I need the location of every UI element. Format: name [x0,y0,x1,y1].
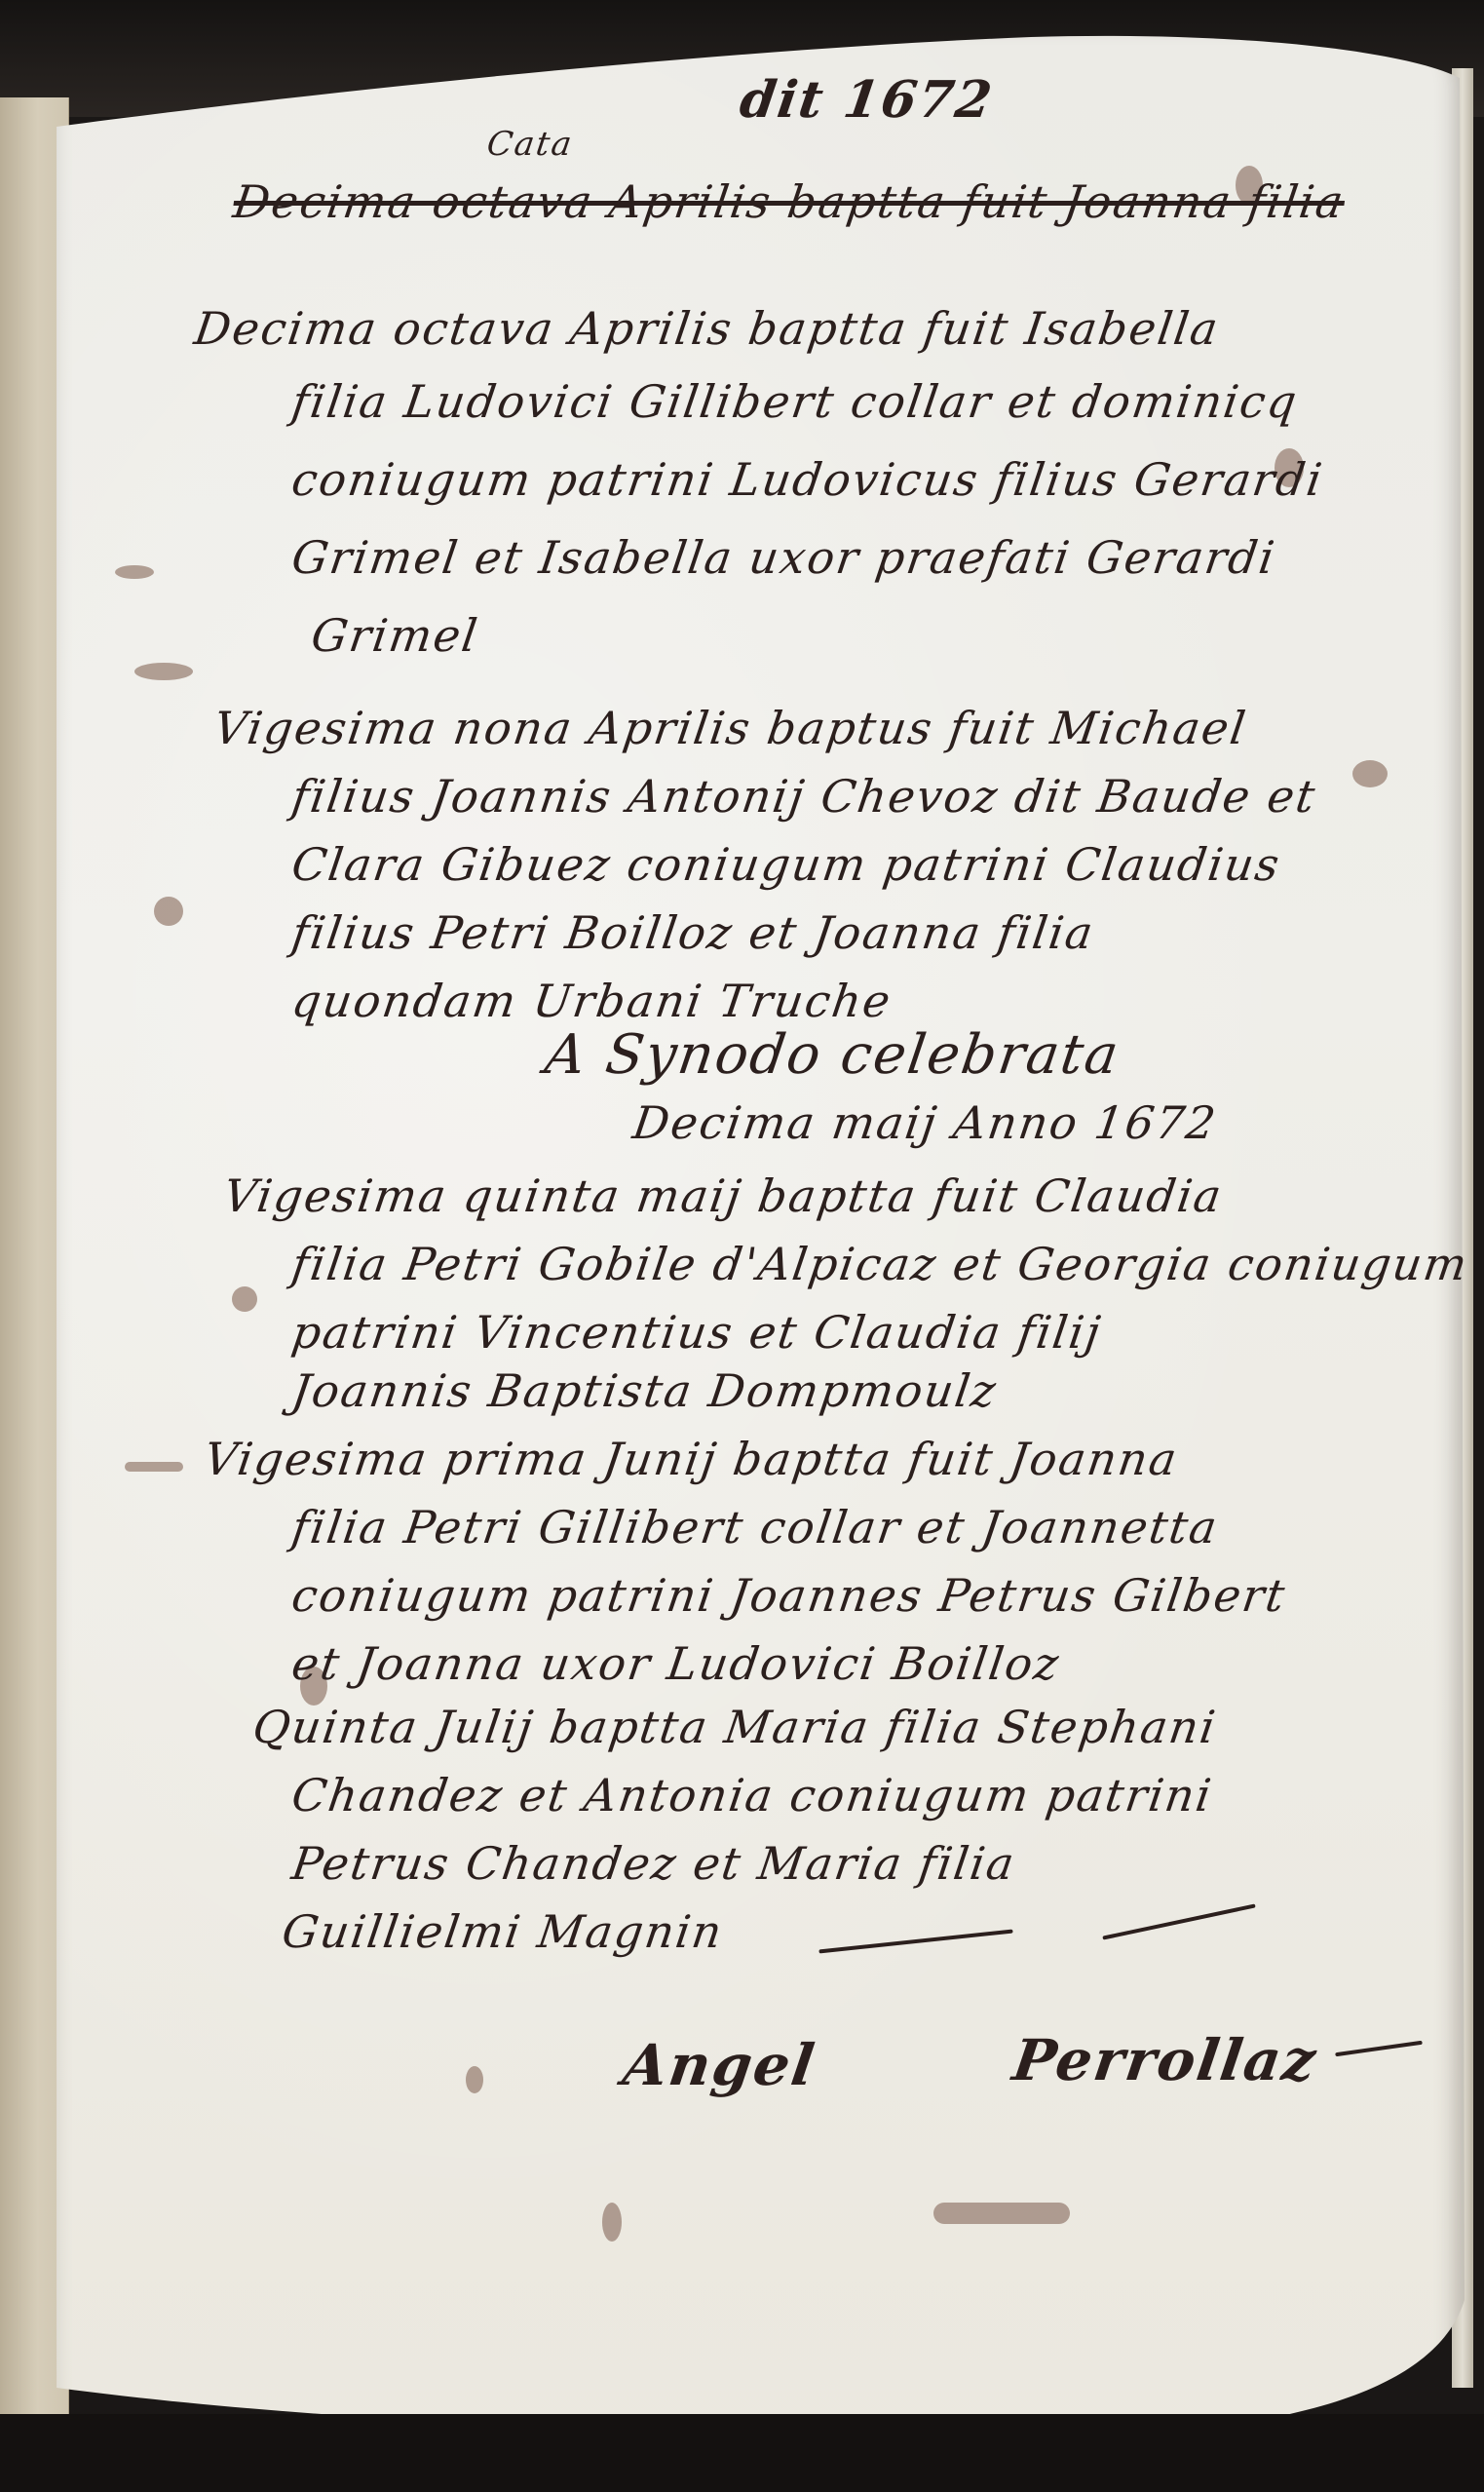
entry-4-line-4: et Joanna uxor Ludovici Boilloz [288,1637,1063,1690]
scan-background-bottom [0,2414,1484,2492]
interlinear-correction: Cata [484,125,576,164]
ink-stain [134,663,193,680]
ink-stain [1352,760,1388,787]
entry-2-line-4: filius Petri Boilloz et Joanna filia [288,906,1097,959]
entry-1-line-4: Grimel et Isabella uxor praefati Gerardi [288,531,1279,584]
entry-3-line-4: Joannis Baptista Dompmoulz [288,1364,1001,1417]
entry-4-line-2: filia Petri Gillibert collar et Joannett… [288,1501,1222,1553]
struck-entry: Decima octava Aprilis baptta fuit Joanna… [230,175,1349,228]
entry-2-line-5: quondam Urbani Truche [288,975,895,1027]
entry-1-line-5: Grimel [308,609,482,662]
entry-1-line-3: coniugum patrini Ludovicus filius Gerard… [288,453,1327,506]
ink-stain [933,2203,1070,2224]
entry-1-line-2: filia Ludovici Gillibert collar et domin… [288,375,1302,428]
ink-stain [115,565,154,579]
ink-stain [602,2203,622,2242]
section-heading-title: A Synodo celebrata [541,1023,1123,1087]
entry-2-line-2: filius Joannis Antonij Chevoz dit Baude … [288,770,1319,823]
entry-5-line-4: Guillielmi Magnin [279,1905,727,1958]
entry-5-line-2: Chandez et Antonia coniugum patrini [288,1769,1216,1821]
signature-first: Angel [619,2032,819,2098]
header-year: dit 1672 [737,70,998,130]
ink-stain [232,1286,257,1312]
entry-1-line-1: Decima octava Aprilis baptta fuit Isabel… [191,302,1223,355]
entry-4-line-3: coniugum patrini Joannes Petrus Gilbert [288,1569,1289,1622]
entry-3-line-1: Vigesima quinta maij baptta fuit Claudia [220,1169,1226,1222]
entry-5-line-1: Quinta Julij baptta Maria filia Stephani [249,1701,1220,1753]
signature-second: Perrollaz [1008,2027,1321,2093]
entry-3-line-2: filia Petri Gobile d'Alpicaz et Georgia … [288,1238,1471,1290]
ink-stain [125,1462,183,1472]
ink-stain [466,2066,483,2093]
entry-3-line-3: patrini Vincentius et Claudia filij [288,1306,1105,1359]
ink-stain [154,897,183,926]
entry-5-line-3: Petrus Chandez et Maria filia [288,1837,1019,1890]
section-heading-subtitle: Decima maij Anno 1672 [629,1096,1220,1149]
entry-2-line-1: Vigesima nona Aprilis baptus fuit Michae… [210,702,1250,754]
entry-4-line-1: Vigesima prima Junij baptta fuit Joanna [201,1433,1182,1485]
entry-2-line-3: Clara Gibuez coniugum patrini Claudius [288,838,1284,891]
